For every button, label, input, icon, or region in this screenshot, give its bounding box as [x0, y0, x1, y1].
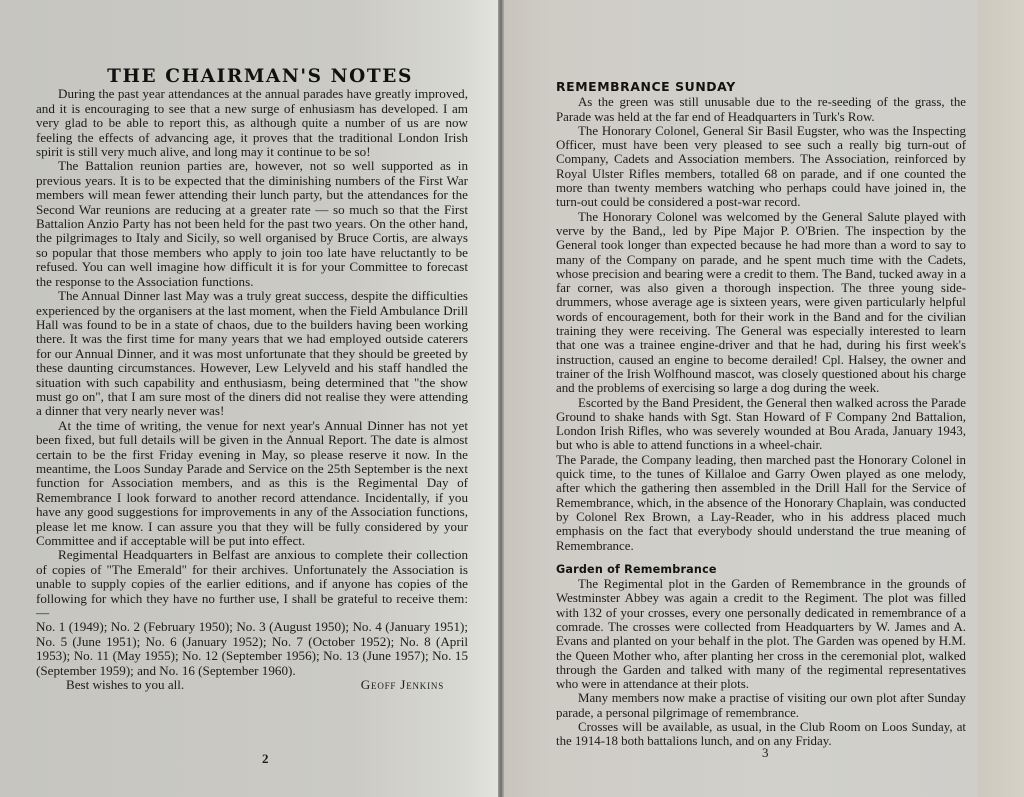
paragraph: Escorted by the Band President, the Gene… — [556, 396, 966, 453]
paragraph: Regimental Headquarters in Belfast are a… — [36, 548, 468, 620]
section-heading: REMEMBRANCE SUNDAY — [556, 80, 966, 94]
subsection-heading: Garden of Remembrance — [556, 563, 966, 577]
paragraph: The Annual Dinner last May was a truly g… — [36, 289, 468, 419]
remembrance-column: REMEMBRANCE SUNDAY As the green was stil… — [556, 80, 966, 749]
paragraph: The Regimental plot in the Garden of Rem… — [556, 577, 966, 691]
signoff: Best wishes to you all. Geoff Jenkins — [36, 678, 468, 692]
page-edge-background — [978, 0, 1024, 797]
paragraph: The Parade, the Company leading, then ma… — [556, 453, 966, 553]
closing-line: Best wishes to you all. — [66, 678, 184, 692]
paragraph: Crosses will be available, as usual, in … — [556, 720, 966, 749]
paragraph: As the green was still unusable due to t… — [556, 95, 966, 124]
issues-list: No. 1 (1949); No. 2 (February 1950); No.… — [36, 620, 468, 678]
signature: Geoff Jenkins — [361, 678, 444, 692]
chairmans-notes-column: THE CHAIRMAN'S NOTES During the past yea… — [36, 70, 468, 692]
page-number-right: 3 — [762, 745, 769, 761]
paragraph: At the time of writing, the venue for ne… — [36, 419, 468, 549]
paragraph: Many members now make a practise of visi… — [556, 691, 966, 720]
page-number-left: 2 — [262, 751, 269, 767]
page-title: THE CHAIRMAN'S NOTES — [52, 70, 468, 84]
paragraph: The Honorary Colonel, General Sir Basil … — [556, 124, 966, 210]
paragraph: During the past year attendances at the … — [36, 87, 468, 159]
paragraph: The Battalion reunion parties are, howev… — [36, 159, 468, 289]
paragraph: The Honorary Colonel was welcomed by the… — [556, 210, 966, 396]
